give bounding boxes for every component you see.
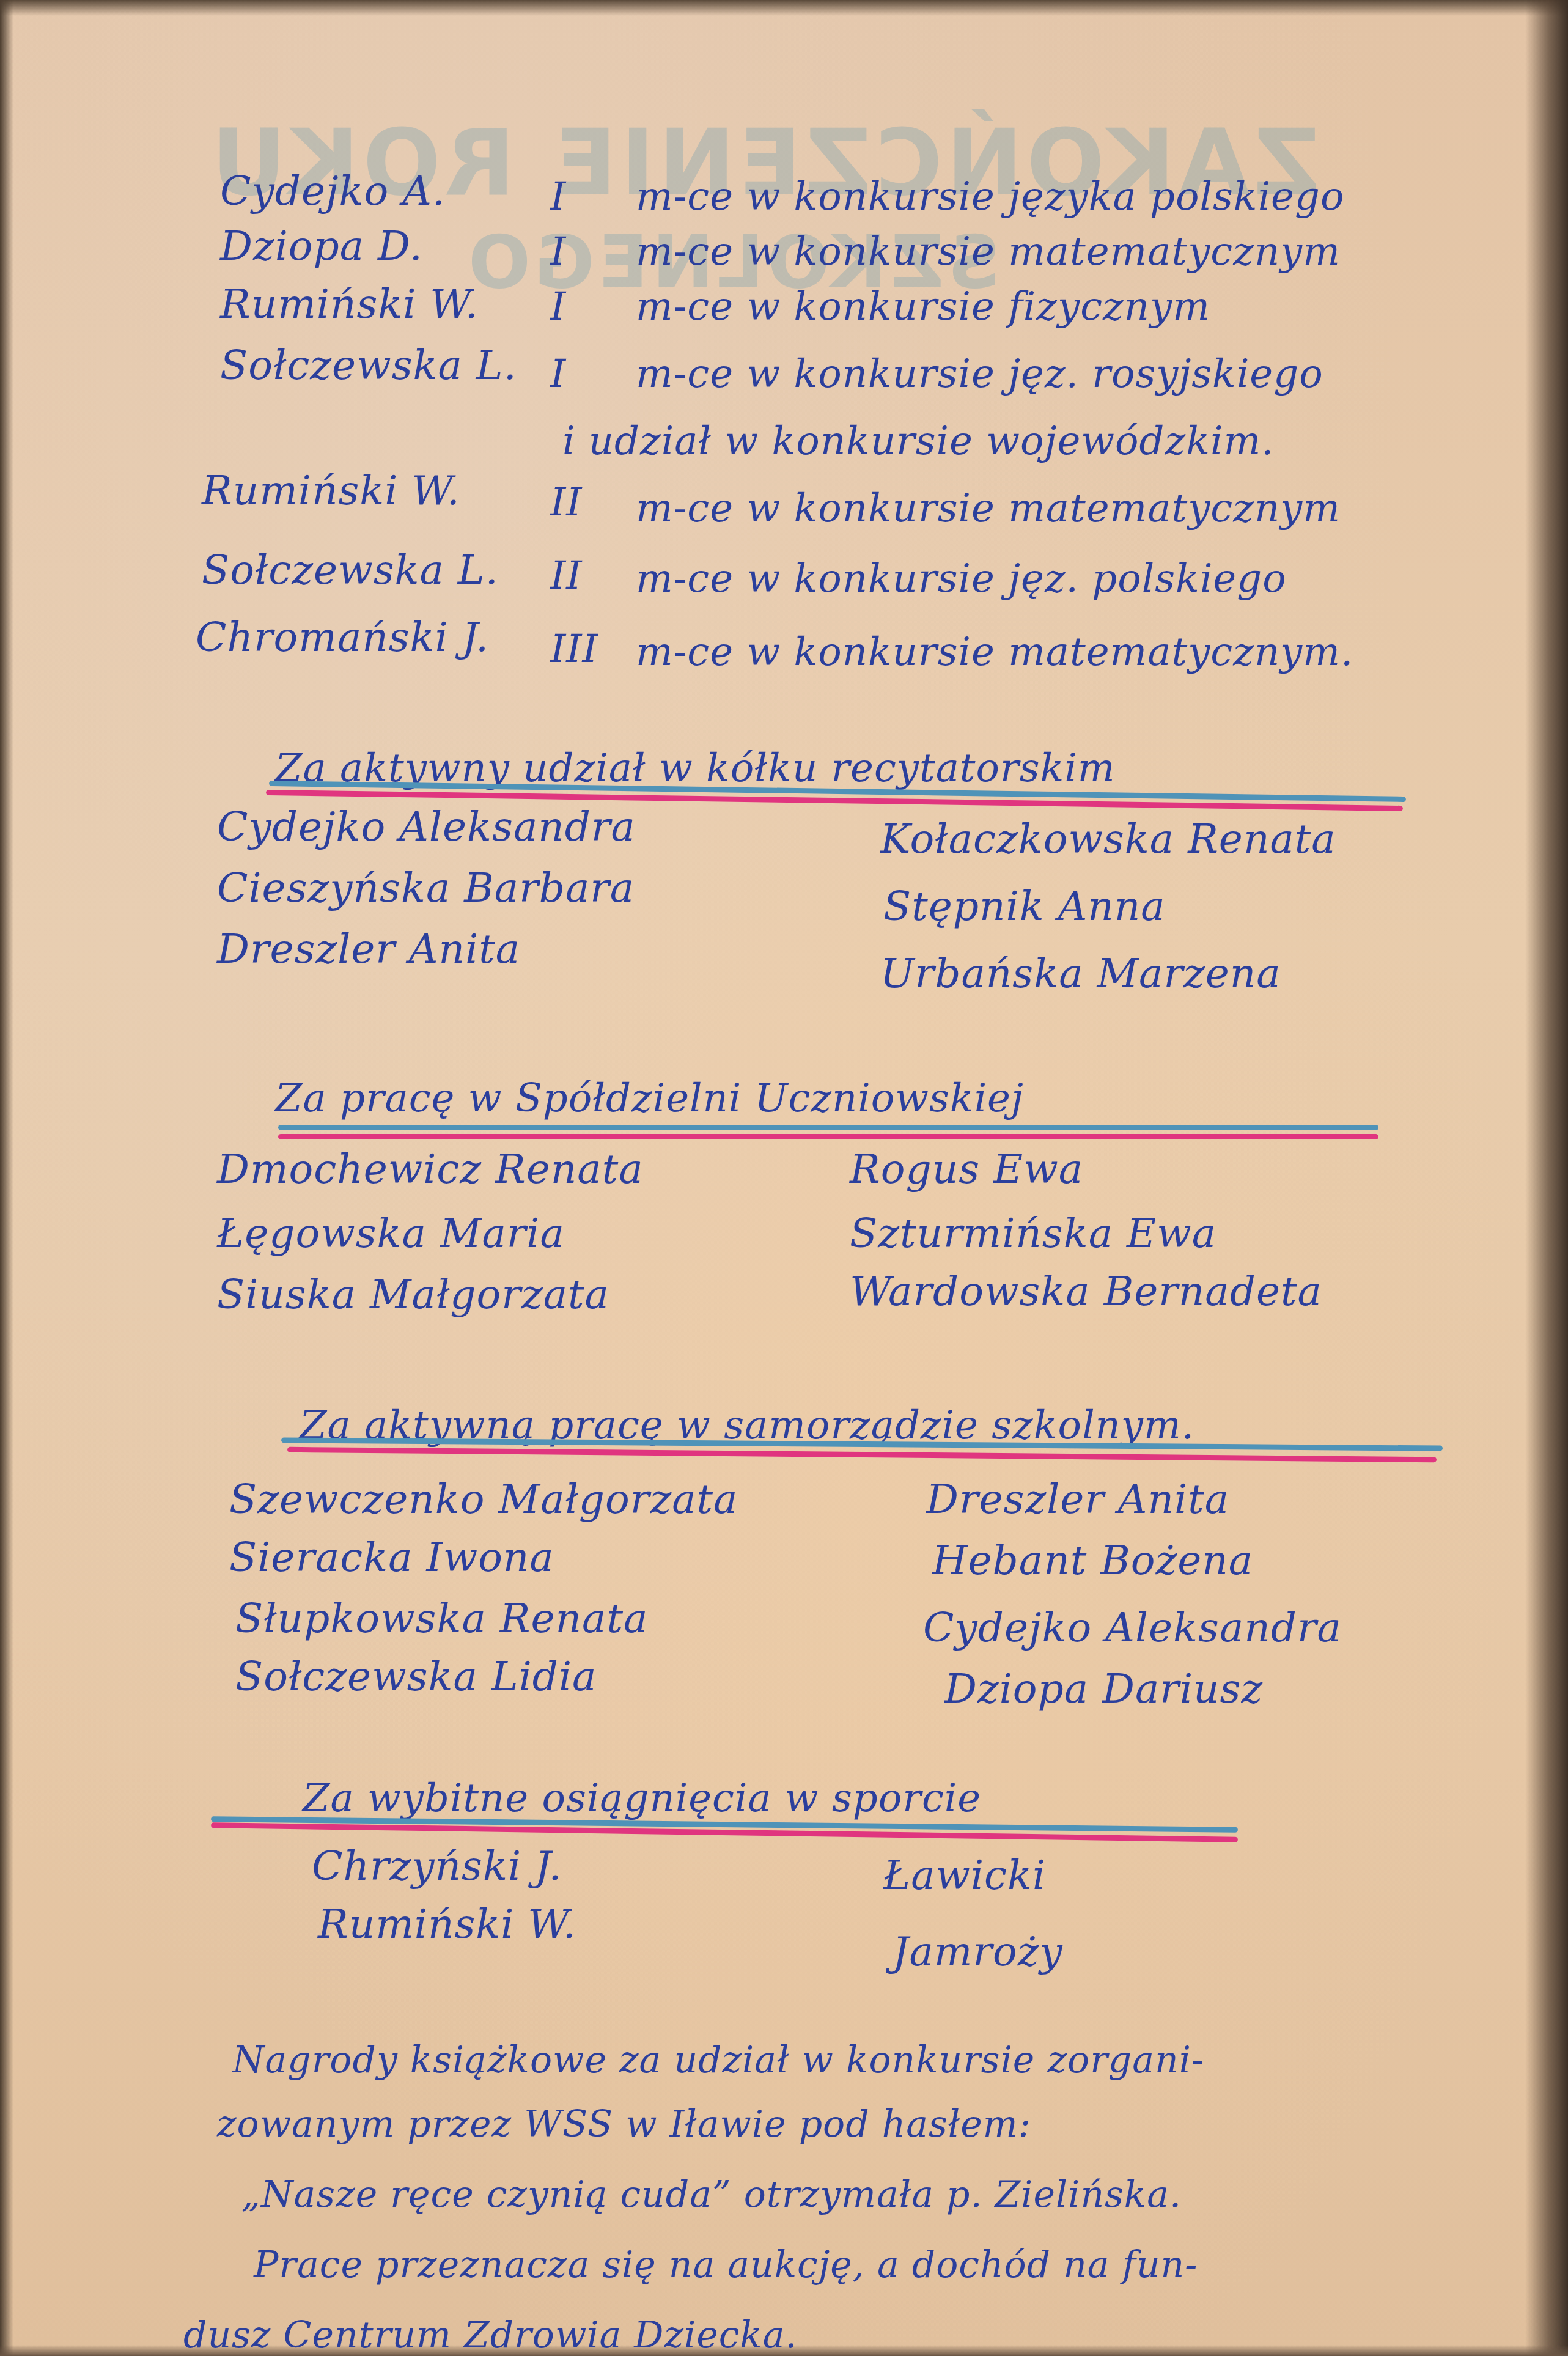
student-name: Rumiński W.: [202, 471, 460, 511]
section-heading: Za pracę w Spółdzielni Uczniowskiej: [275, 1079, 1024, 1118]
student-name: Hebant Bożena: [932, 1541, 1253, 1581]
student-name: Dziopa D.: [220, 226, 423, 267]
page-edge-top: [0, 0, 1568, 16]
paragraph-line: Prace przeznacza się na aukcję, a dochód…: [254, 2247, 1198, 2283]
paragraph-line: dusz Centrum Zdrowia Dziecka.: [183, 2317, 798, 2354]
student-name: Szewczenko Małgorzata: [229, 1479, 738, 1520]
student-name: Siuska Małgorzata: [217, 1275, 609, 1315]
student-name: Łęgowska Maria: [217, 1213, 565, 1254]
student-name: Sołczewska L.: [220, 345, 517, 386]
paragraph-line: „Nasze ręce czynią cuda” otrzymała p. Zi…: [241, 2176, 1182, 2213]
result-text: m-ce w konkursie matematycznym: [636, 232, 1341, 271]
section-heading: Za wybitne osiągnięcia w sporcie: [303, 1779, 981, 1818]
place-numeral: III: [550, 630, 598, 669]
student-name: Rogus Ewa: [850, 1149, 1083, 1190]
place-numeral: I: [550, 177, 566, 216]
heading-underline-blue: [278, 1125, 1378, 1130]
student-name: Kołaczkowska Renata: [880, 819, 1336, 860]
scanned-page: ZAKOŃCZENIE ROKU SZKOLNEGO Cydejko A. I …: [0, 0, 1568, 2356]
student-name: Chrzyński J.: [312, 1846, 562, 1887]
result-text: m-ce w konkursie jęz. polskiego: [636, 559, 1287, 598]
student-name: Dreszler Anita: [217, 929, 520, 970]
paragraph-line: Nagrody książkowe za udział w konkursie …: [232, 2042, 1204, 2078]
result-text: i udział w konkursie wojewódzkim.: [562, 422, 1275, 461]
student-name: Rumiński W.: [318, 1904, 576, 1945]
place-numeral: I: [550, 232, 566, 271]
paragraph-line: zowanym przez WSS w Iławie pod hasłem:: [217, 2106, 1031, 2143]
student-name: Sołczewska Lidia: [235, 1657, 597, 1697]
page-edge-left: [0, 0, 13, 2356]
result-text: m-ce w konkursie języka polskiego: [636, 177, 1344, 216]
student-name: Słupkowska Renata: [235, 1599, 648, 1639]
book-spine-shadow: [1525, 0, 1568, 2356]
student-name: Jamroży: [893, 1932, 1063, 1972]
student-name: Chromański J.: [196, 617, 489, 658]
student-name: Dreszler Anita: [926, 1479, 1229, 1520]
place-numeral: I: [550, 287, 566, 326]
place-numeral: II: [550, 556, 583, 595]
student-name: Wardowska Bernadeta: [850, 1272, 1322, 1312]
student-name: Cieszyńska Barbara: [217, 868, 635, 908]
student-name: Urbańska Marzena: [880, 954, 1281, 994]
result-text: m-ce w konkursie fizycznym: [636, 287, 1210, 326]
heading-underline-pink: [278, 1134, 1378, 1139]
student-name: Dmochewicz Renata: [217, 1149, 644, 1190]
student-name: Rumiński W.: [220, 284, 479, 325]
result-text: m-ce w konkursie jęz. rosyjskiego: [636, 355, 1323, 394]
student-name: Sieracka Iwona: [229, 1537, 554, 1578]
place-numeral: II: [550, 483, 583, 522]
student-name: Szturmińska Ewa: [850, 1213, 1216, 1254]
student-name: Dziopa Dariusz: [944, 1669, 1263, 1709]
student-name: Ławicki: [883, 1855, 1046, 1896]
place-numeral: I: [550, 355, 566, 394]
student-name: Stępnik Anna: [883, 886, 1166, 927]
student-name: Cydejko Aleksandra: [217, 807, 636, 847]
result-text: m-ce w konkursie matematycznym: [636, 489, 1341, 528]
student-name: Cydejko Aleksandra: [923, 1608, 1342, 1648]
student-name: Cydejko A.: [220, 171, 446, 212]
student-name: Sołczewska L.: [202, 550, 499, 591]
result-text: m-ce w konkursie matematycznym.: [636, 633, 1353, 672]
